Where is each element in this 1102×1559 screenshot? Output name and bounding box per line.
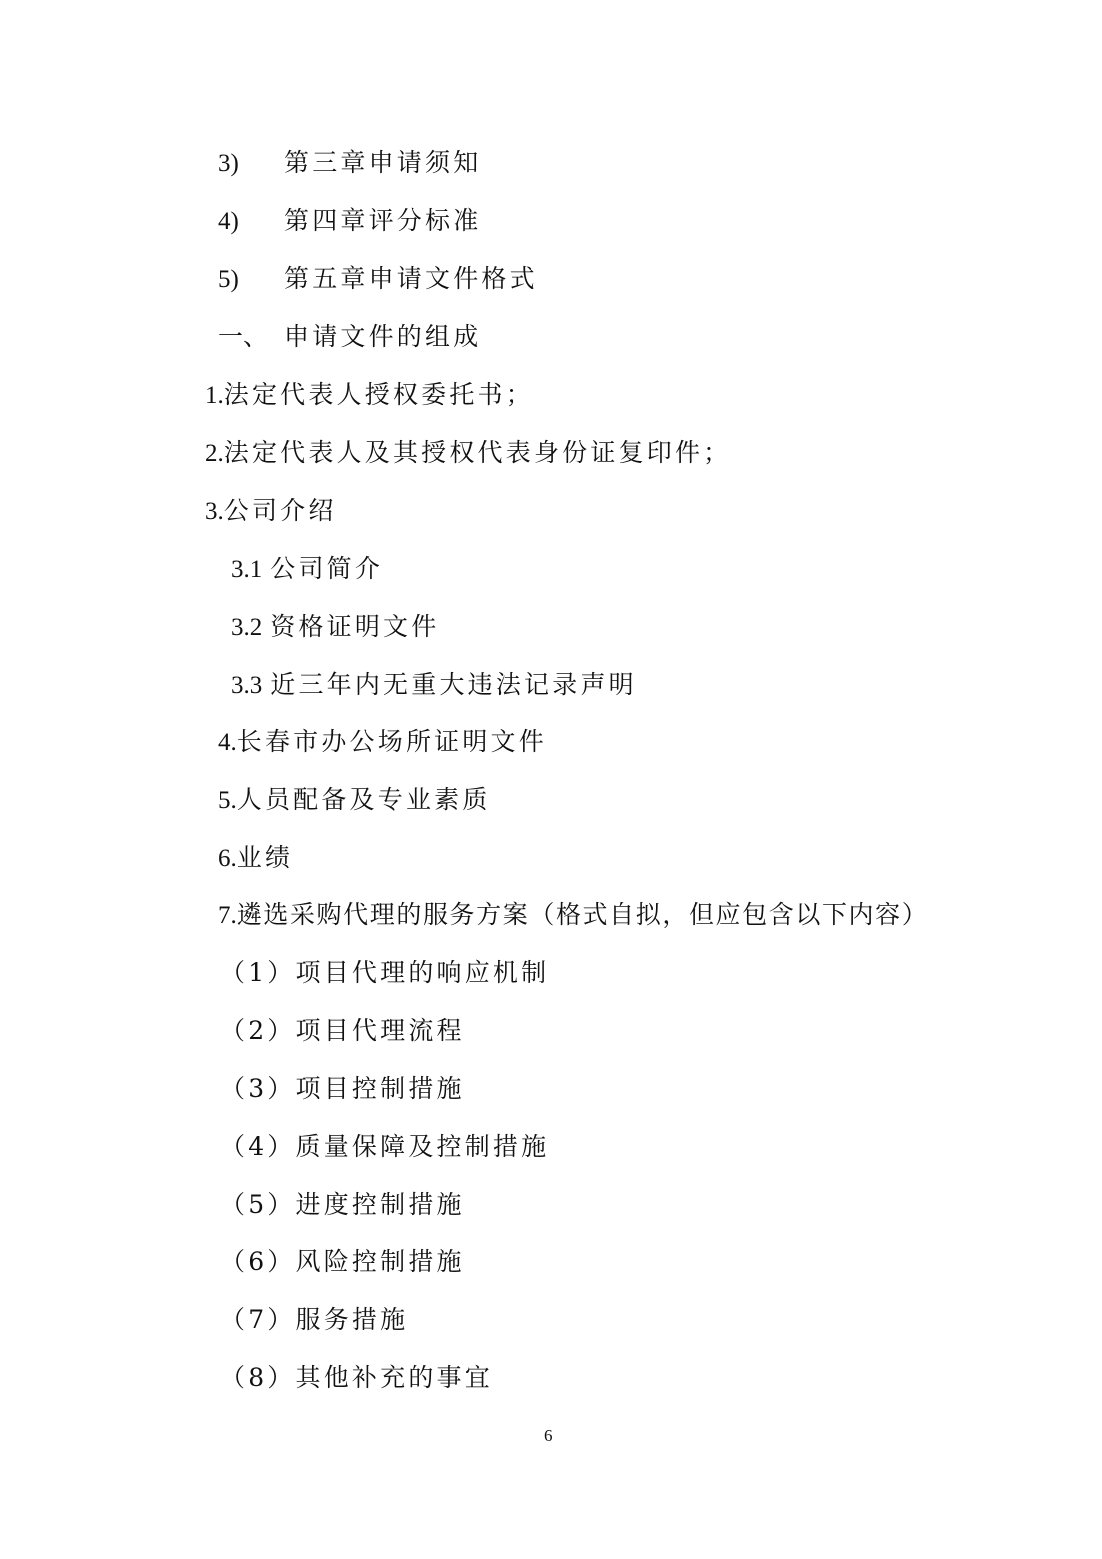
sub-item-number: （8） <box>220 1363 296 1392</box>
sub-item-text: 质量保障及控制措施 <box>296 1132 550 1161</box>
item-text: 资格证明文件 <box>270 612 439 641</box>
item-number: 3. <box>205 497 224 527</box>
list-item: 7.遴选采购代理的服务方案（格式自拟，但应包含以下内容） <box>218 900 928 931</box>
list-item: 3.2资格证明文件 <box>231 612 439 643</box>
list-item: 6.业绩 <box>218 843 293 874</box>
item-number: 3.2 <box>231 613 262 643</box>
chapter-number: 5) <box>218 265 284 295</box>
item-number: 1. <box>205 381 224 411</box>
item-text: 长春市办公场所证明文件 <box>237 727 547 756</box>
list-item: 3.1公司简介 <box>231 554 383 585</box>
item-number: 3.3 <box>231 671 262 701</box>
chapter-line-5: 5)第五章申请文件格式 <box>218 264 538 295</box>
item-number: 6. <box>218 844 237 874</box>
item-number: 4. <box>218 728 237 758</box>
page-number: 6 <box>544 1426 553 1446</box>
item-number: 2. <box>205 439 224 469</box>
chapter-title: 第五章申请文件格式 <box>284 264 538 293</box>
sub-item-text: 其他补充的事宜 <box>296 1363 493 1392</box>
list-item: 4.长春市办公场所证明文件 <box>218 727 547 758</box>
sub-item-number: （1） <box>220 958 296 987</box>
item-number: 3.1 <box>231 555 262 585</box>
section-number: 一、 <box>218 322 284 352</box>
list-item: 1.法定代表人授权委托书； <box>205 380 534 411</box>
sub-item-number: （4） <box>220 1132 296 1161</box>
sub-item-text: 服务措施 <box>296 1305 409 1334</box>
sub-item-number: （5） <box>220 1190 296 1219</box>
item-text: 近三年内无重大违法记录声明 <box>270 670 637 699</box>
sub-item: （7）服务措施 <box>220 1305 408 1335</box>
item-text: 业绩 <box>237 843 293 872</box>
list-item: 3.公司介绍 <box>205 496 337 527</box>
sub-item: （1）项目代理的响应机制 <box>220 958 549 988</box>
item-text: 人员配备及专业素质 <box>237 785 491 814</box>
list-item: 5.人员配备及专业素质 <box>218 785 491 816</box>
item-text: 公司介绍 <box>224 496 337 525</box>
sub-item: （6）风险控制措施 <box>220 1247 465 1277</box>
sub-item-number: （7） <box>220 1305 296 1334</box>
chapter-line-3: 3)第三章申请须知 <box>218 148 481 179</box>
item-text: 法定代表人及其授权代表身份证复印件； <box>224 438 732 467</box>
list-item: 3.3近三年内无重大违法记录声明 <box>231 670 637 701</box>
sub-item: （2）项目代理流程 <box>220 1016 465 1046</box>
sub-item-text: 风险控制措施 <box>296 1247 465 1276</box>
section-heading: 一、申请文件的组成 <box>218 322 481 352</box>
chapter-line-4: 4)第四章评分标准 <box>218 206 481 237</box>
chapter-title: 第四章评分标准 <box>284 206 481 235</box>
sub-item-text: 项目控制措施 <box>296 1074 465 1103</box>
sub-item: （4）质量保障及控制措施 <box>220 1132 549 1162</box>
sub-item-number: （6） <box>220 1247 296 1276</box>
sub-item-text: 项目代理的响应机制 <box>296 958 550 987</box>
item-text: 遴选采购代理的服务方案（格式自拟，但应包含以下内容） <box>237 900 929 929</box>
chapter-title: 第三章申请须知 <box>284 148 481 177</box>
sub-item: （8）其他补充的事宜 <box>220 1363 493 1393</box>
sub-item-text: 进度控制措施 <box>296 1190 465 1219</box>
sub-item-text: 项目代理流程 <box>296 1016 465 1045</box>
section-title: 申请文件的组成 <box>284 322 481 351</box>
chapter-number: 3) <box>218 149 284 179</box>
item-text: 法定代表人授权委托书； <box>224 380 534 409</box>
sub-item: （3）项目控制措施 <box>220 1074 465 1104</box>
sub-item-number: （3） <box>220 1074 296 1103</box>
chapter-number: 4) <box>218 207 284 237</box>
item-number: 5. <box>218 786 237 816</box>
sub-item-number: （2） <box>220 1016 296 1045</box>
item-number: 7. <box>218 901 237 931</box>
sub-item: （5）进度控制措施 <box>220 1190 465 1220</box>
list-item: 2.法定代表人及其授权代表身份证复印件； <box>205 438 731 469</box>
item-text: 公司简介 <box>270 554 383 583</box>
